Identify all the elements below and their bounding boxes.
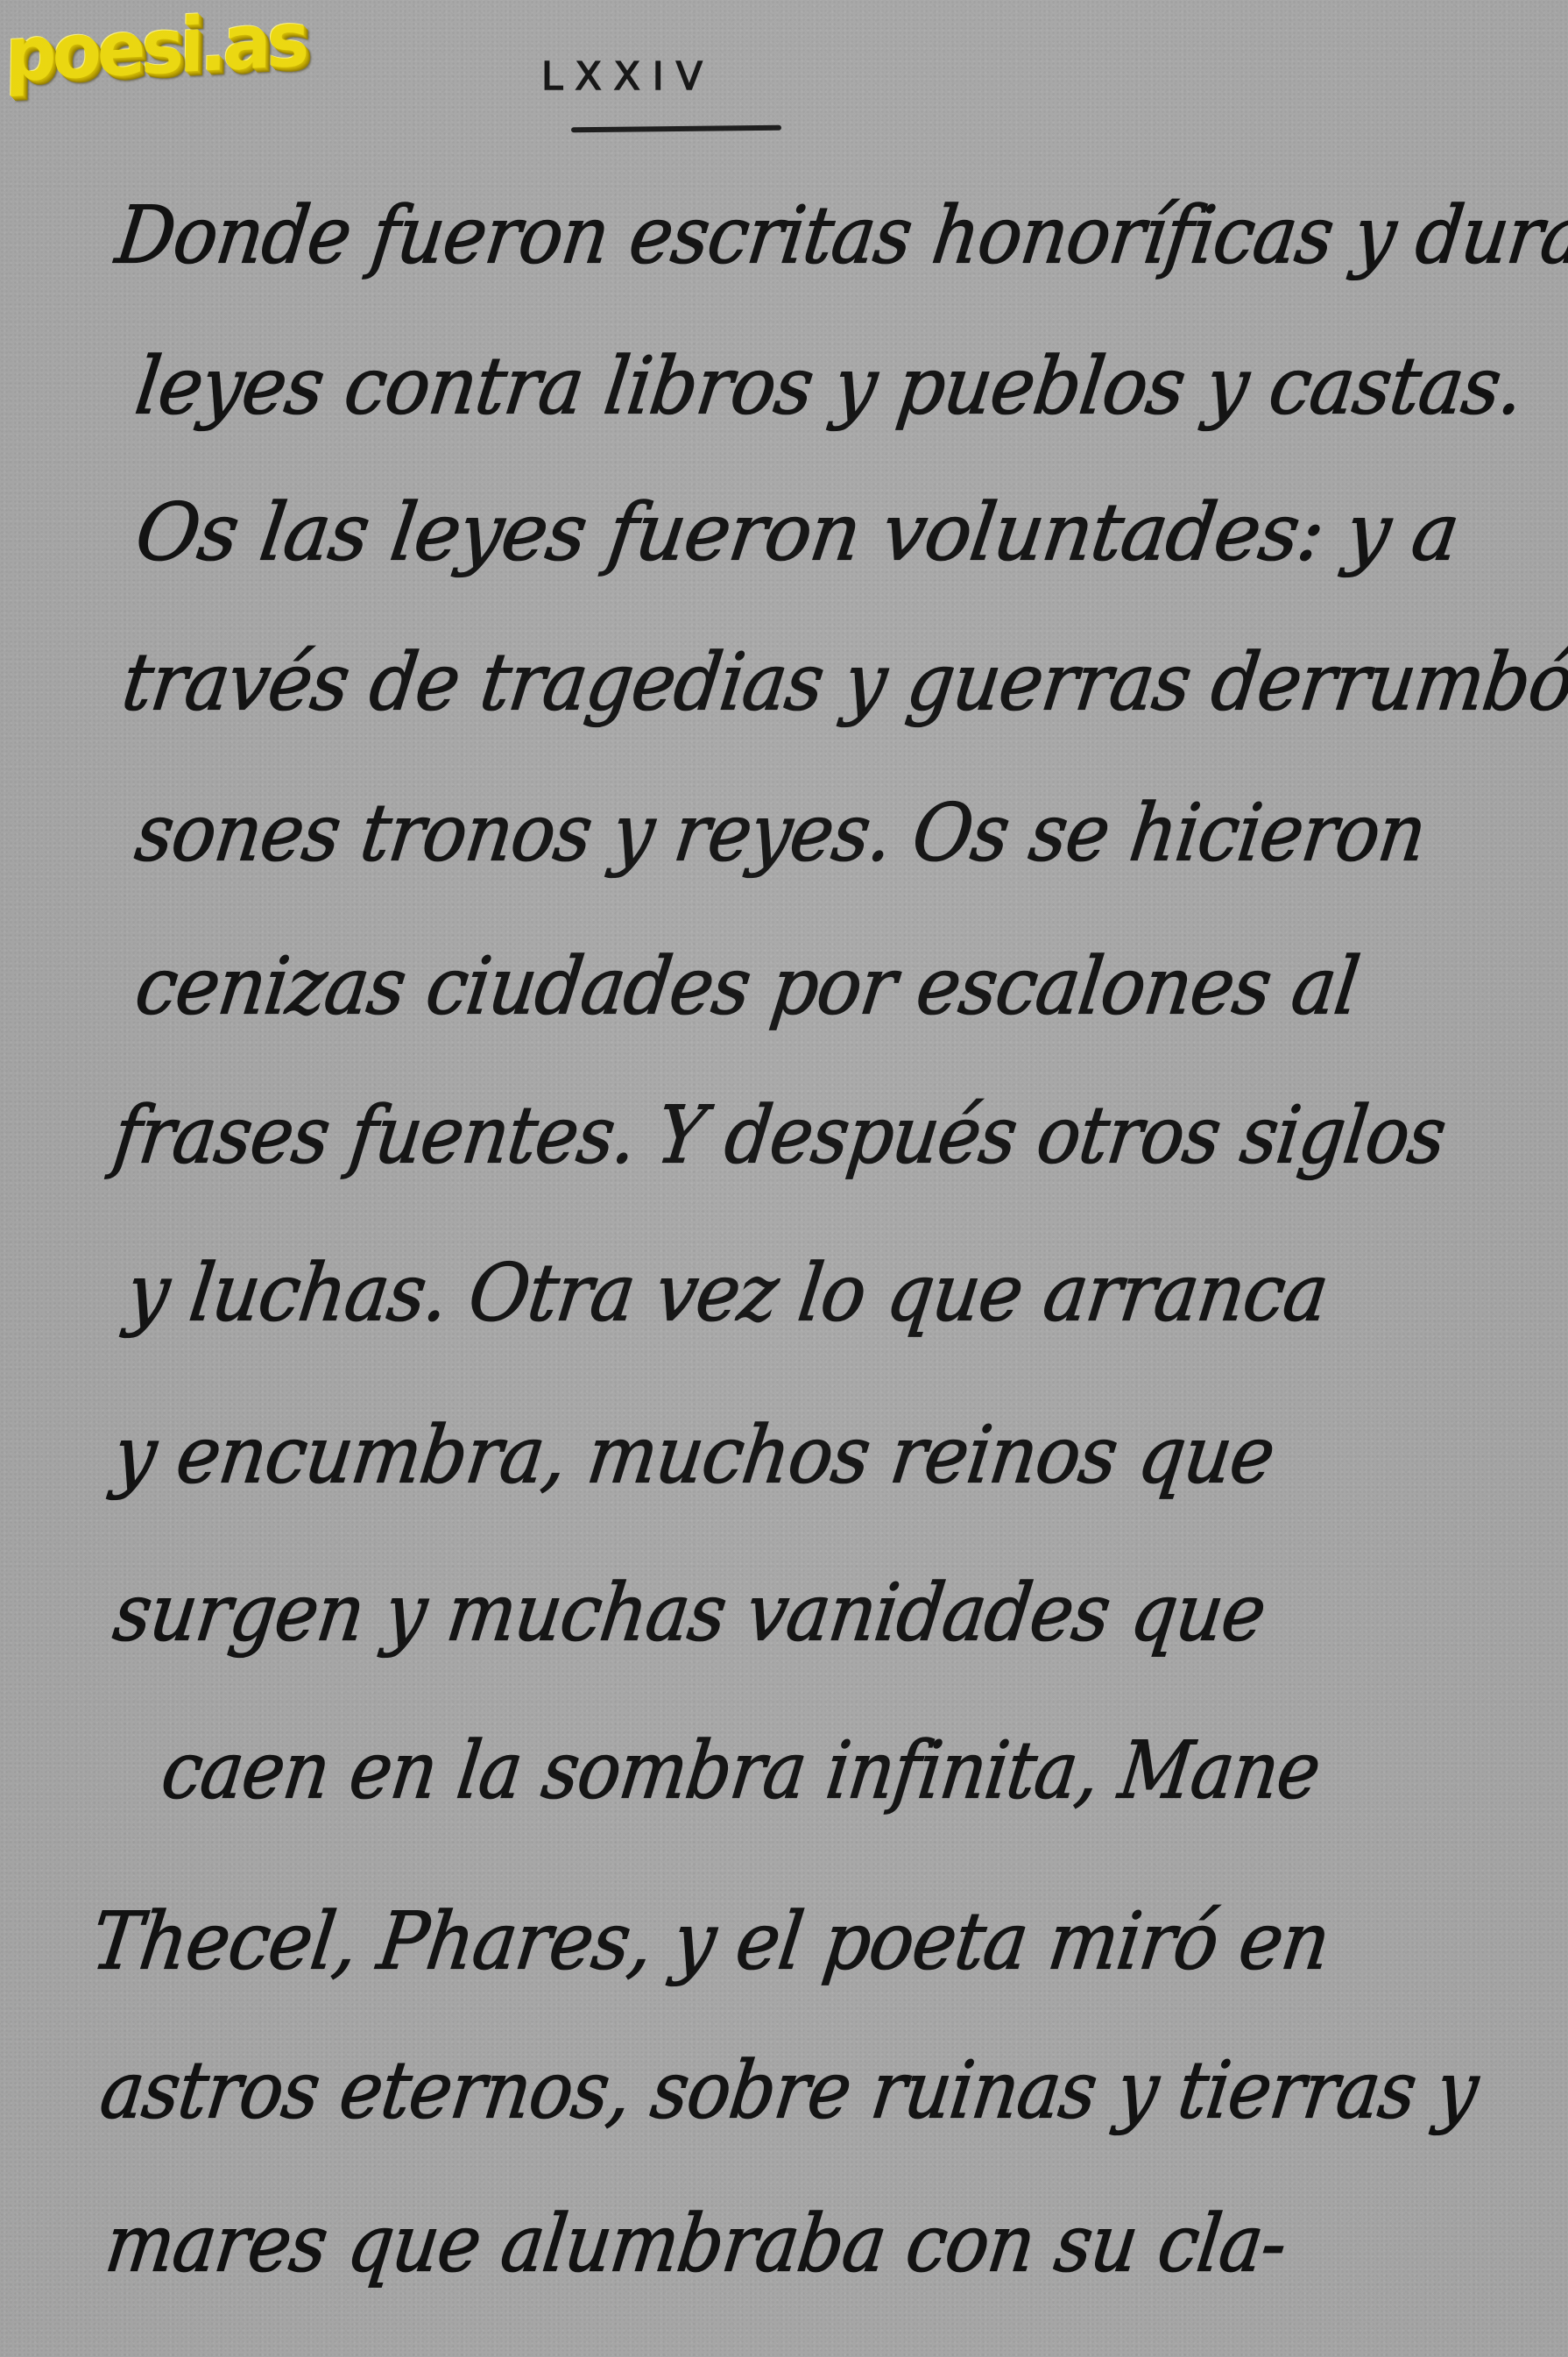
manuscript-line: sones tronos y reyes. Os se hicieron xyxy=(131,794,1430,873)
manuscript-line: surgen y muchas vanidades que xyxy=(109,1574,1269,1653)
manuscript-line: Donde fueron escritas honoríficas y dura… xyxy=(112,196,1568,275)
manuscript-line: caen en la sombra infinita, Mane xyxy=(158,1731,1324,1810)
manuscript-body: Donde fueron escritas honoríficas y dura… xyxy=(0,0,1568,2357)
manuscript-line: Thecel, Phares, y el poeta miró en xyxy=(88,1902,1333,1981)
manuscript-line: Os las leyes fueron voluntades: y a xyxy=(131,493,1463,572)
manuscript-line: astros eternos, sobre ruinas y tierras y xyxy=(96,2051,1481,2130)
manuscript-line: leyes contra libros y pueblos y castas. xyxy=(131,347,1528,426)
manuscript-line: cenizas ciudades por escalones al xyxy=(131,947,1363,1026)
manuscript-line: través de tragedias y guerras derrumbó xyxy=(118,643,1568,722)
manuscript-line: frases fuentes. Y después otros siglos xyxy=(109,1096,1450,1175)
manuscript-line: y encumbra, muchos reinos que xyxy=(109,1416,1278,1495)
manuscript-line: mares que alumbraba con su cla- xyxy=(102,2205,1290,2283)
manuscript-line: y luchas. Otra vez lo que arranca xyxy=(123,1254,1332,1333)
